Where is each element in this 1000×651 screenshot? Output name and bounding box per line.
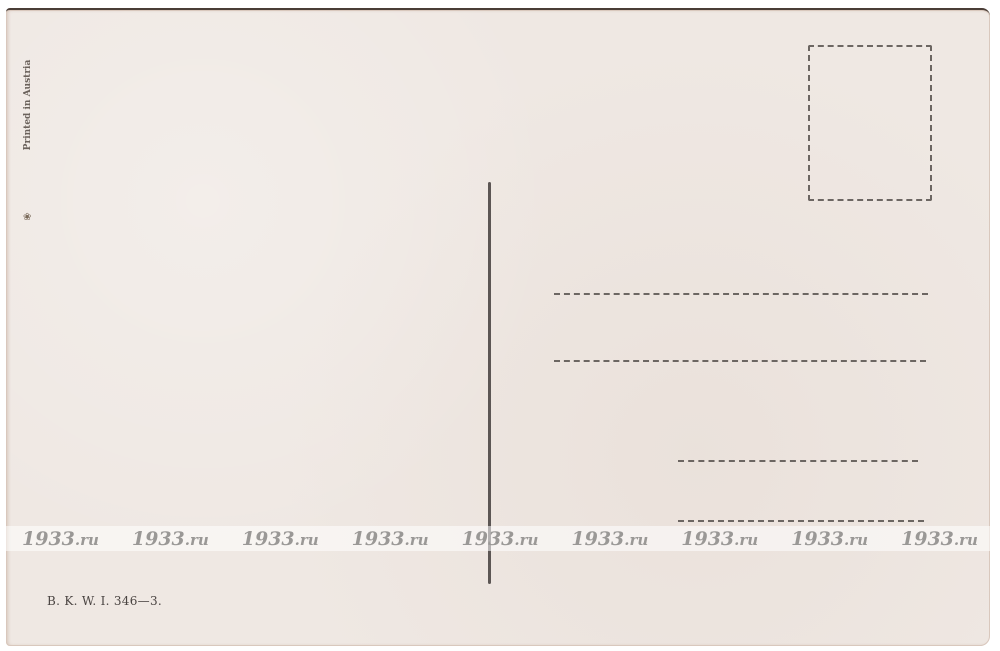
watermark-text: 1933.ru [242, 528, 319, 550]
watermark-text: 1933.ru [462, 528, 539, 550]
watermark-text: 1933.ru [901, 528, 978, 550]
center-divider-line [488, 182, 491, 584]
watermark-strip: 1933.ru 1933.ru 1933.ru 1933.ru 1933.ru … [0, 526, 1000, 551]
printed-in-austria-imprint: Printed in Austria [23, 60, 33, 151]
watermark-text: 1933.ru [22, 528, 99, 550]
watermark-text: 1933.ru [352, 528, 429, 550]
watermark-text: 1933.ru [681, 528, 758, 550]
watermark-text: 1933.ru [791, 528, 868, 550]
watermark-text: 1933.ru [132, 528, 209, 550]
publisher-code: B. K. W. I. 346—3. [47, 594, 162, 608]
address-line-2 [554, 360, 926, 362]
address-line-1 [554, 293, 928, 295]
stamp-placeholder-box [808, 45, 932, 201]
address-line-3 [678, 460, 918, 462]
address-line-4 [678, 520, 924, 522]
publisher-logo-icon: ❀ [23, 212, 35, 224]
watermark-text: 1933.ru [571, 528, 648, 550]
